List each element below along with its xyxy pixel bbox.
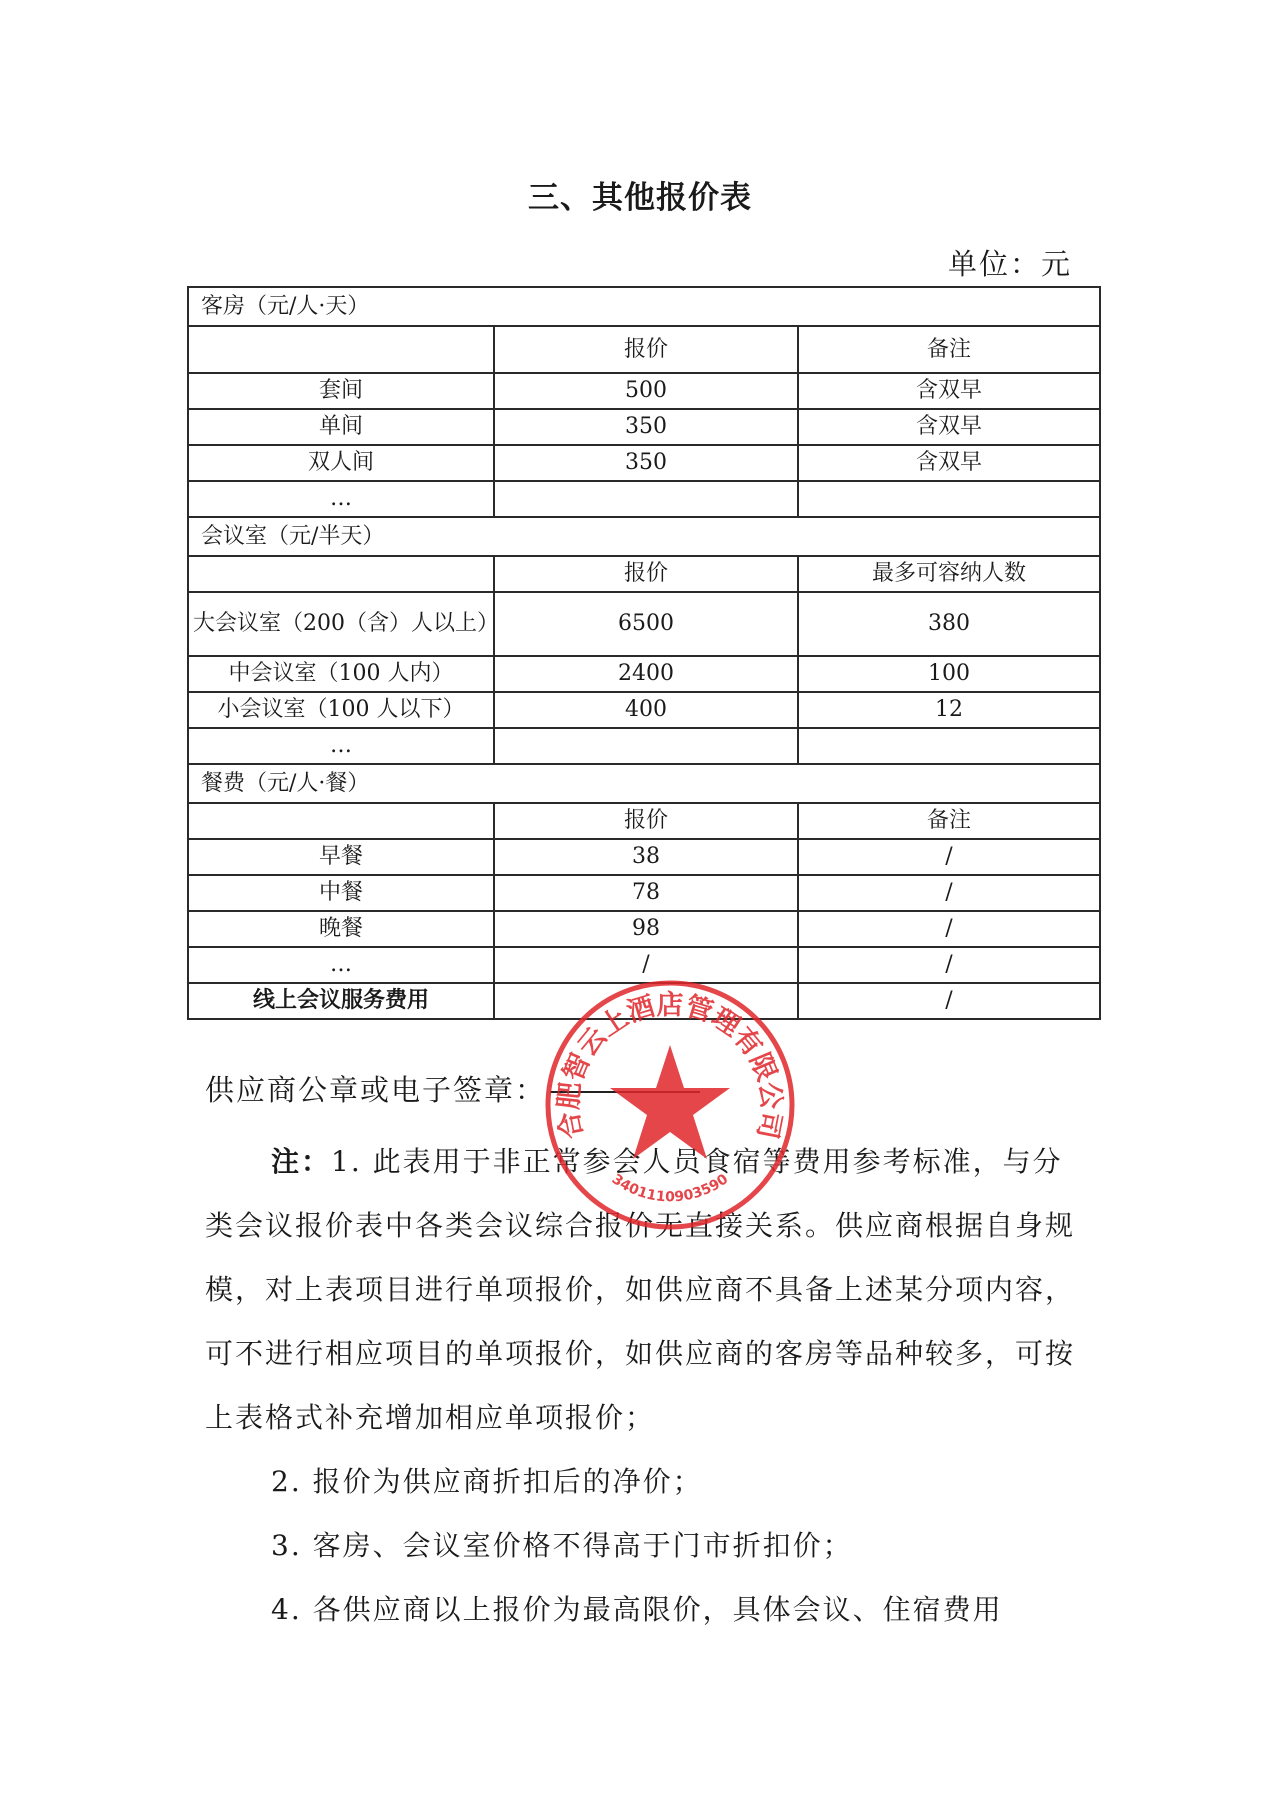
table-row: 单间 350 含双早	[188, 409, 1100, 445]
price-cell: /	[494, 947, 798, 983]
table-row: 中会议室（100 人内） 2400 100	[188, 656, 1100, 692]
remark-cell: /	[798, 911, 1100, 947]
header-cell	[188, 803, 494, 839]
price-cell: 350	[494, 445, 798, 481]
notes-block: 注：1. 此表用于非正常参会人员食宿等费用参考标准，与分类会议报价表中各类会议综…	[205, 1130, 1085, 1642]
header-cell	[188, 556, 494, 592]
section-row-meals: 餐费（元/人·餐）	[188, 764, 1100, 803]
capacity-cell: 380	[798, 592, 1100, 656]
price-cell: 6500	[494, 592, 798, 656]
item-cell: 单间	[188, 409, 494, 445]
table-row: 小会议室（100 人以下） 400 12	[188, 692, 1100, 728]
item-cell: 小会议室（100 人以下）	[188, 692, 494, 728]
header-cell: 报价	[494, 326, 798, 373]
price-cell: 2400	[494, 656, 798, 692]
section-row-rooms: 客房（元/人·天）	[188, 287, 1100, 326]
item-cell: 套间	[188, 373, 494, 409]
item-cell: 大会议室（200（含）人以上）	[188, 592, 494, 656]
header-row-meeting: 报价 最多可容纳人数	[188, 556, 1100, 592]
remark-cell: /	[798, 875, 1100, 911]
section-row-meeting: 会议室（元/半天）	[188, 517, 1100, 556]
price-cell	[494, 481, 798, 517]
header-cell	[188, 326, 494, 373]
signature-blank	[550, 1091, 700, 1093]
table-row: 双人间 350 含双早	[188, 445, 1100, 481]
note-item-3: 3. 客房、会议室价格不得高于门市折扣价；	[205, 1514, 1085, 1578]
table-row: 套间 500 含双早	[188, 373, 1100, 409]
price-cell: 78	[494, 875, 798, 911]
unit-label: 单位：元	[948, 242, 1072, 283]
price-cell: 400	[494, 692, 798, 728]
table-row: …	[188, 728, 1100, 764]
table-row: …	[188, 481, 1100, 517]
item-cell: 中会议室（100 人内）	[188, 656, 494, 692]
price-cell: 350	[494, 409, 798, 445]
price-cell	[494, 728, 798, 764]
item-cell: 中餐	[188, 875, 494, 911]
remark-cell: 含双早	[798, 445, 1100, 481]
capacity-cell: 12	[798, 692, 1100, 728]
table-row: 大会议室（200（含）人以上） 6500 380	[188, 592, 1100, 656]
table-row: 早餐 38 /	[188, 839, 1100, 875]
signature-line: 供应商公章或电子签章：	[205, 1068, 700, 1109]
remark-cell: /	[798, 947, 1100, 983]
item-cell: …	[188, 947, 494, 983]
section-title-meals: 餐费（元/人·餐）	[188, 764, 1100, 803]
header-cell: 备注	[798, 326, 1100, 373]
header-cell: 报价	[494, 556, 798, 592]
remark-cell: /	[798, 839, 1100, 875]
capacity-cell: 100	[798, 656, 1100, 692]
notes-label: 注：	[271, 1145, 331, 1178]
price-cell: 38	[494, 839, 798, 875]
section-title-rooms: 客房（元/人·天）	[188, 287, 1100, 326]
remark-cell: 含双早	[798, 409, 1100, 445]
signature-label: 供应商公章或电子签章：	[205, 1073, 546, 1107]
quote-table: 客房（元/人·天） 报价 备注 套间 500 含双早 单间 350 含双早 双人…	[187, 286, 1101, 1020]
price-cell	[494, 983, 798, 1019]
note-item-4: 4. 各供应商以上报价为最高限价，具体会议、住宿费用	[205, 1578, 1085, 1642]
item-cell: …	[188, 728, 494, 764]
header-row-meals: 报价 备注	[188, 803, 1100, 839]
note-text: 1. 此表用于非正常参会人员食宿等费用参考标准，与分类会议报价表中各类会议综合报…	[205, 1145, 1075, 1434]
item-cell: …	[188, 481, 494, 517]
price-cell: 500	[494, 373, 798, 409]
table-row: 晚餐 98 /	[188, 911, 1100, 947]
item-cell: 早餐	[188, 839, 494, 875]
table-row: … / /	[188, 947, 1100, 983]
remark-cell	[798, 481, 1100, 517]
header-cell: 报价	[494, 803, 798, 839]
note-item-2: 2. 报价为供应商折扣后的净价；	[205, 1450, 1085, 1514]
note-item-1: 注：1. 此表用于非正常参会人员食宿等费用参考标准，与分类会议报价表中各类会议综…	[205, 1130, 1085, 1450]
item-cell: 线上会议服务费用	[188, 983, 494, 1019]
table-row: 中餐 78 /	[188, 875, 1100, 911]
capacity-cell	[798, 728, 1100, 764]
header-cell: 最多可容纳人数	[798, 556, 1100, 592]
item-cell: 晚餐	[188, 911, 494, 947]
remark-cell: 含双早	[798, 373, 1100, 409]
header-row-rooms: 报价 备注	[188, 326, 1100, 373]
table-row: 线上会议服务费用 /	[188, 983, 1100, 1019]
price-cell: 98	[494, 911, 798, 947]
section-title-meeting: 会议室（元/半天）	[188, 517, 1100, 556]
page-title: 三、其他报价表	[0, 172, 1280, 217]
item-cell: 双人间	[188, 445, 494, 481]
header-cell: 备注	[798, 803, 1100, 839]
remark-cell: /	[798, 983, 1100, 1019]
